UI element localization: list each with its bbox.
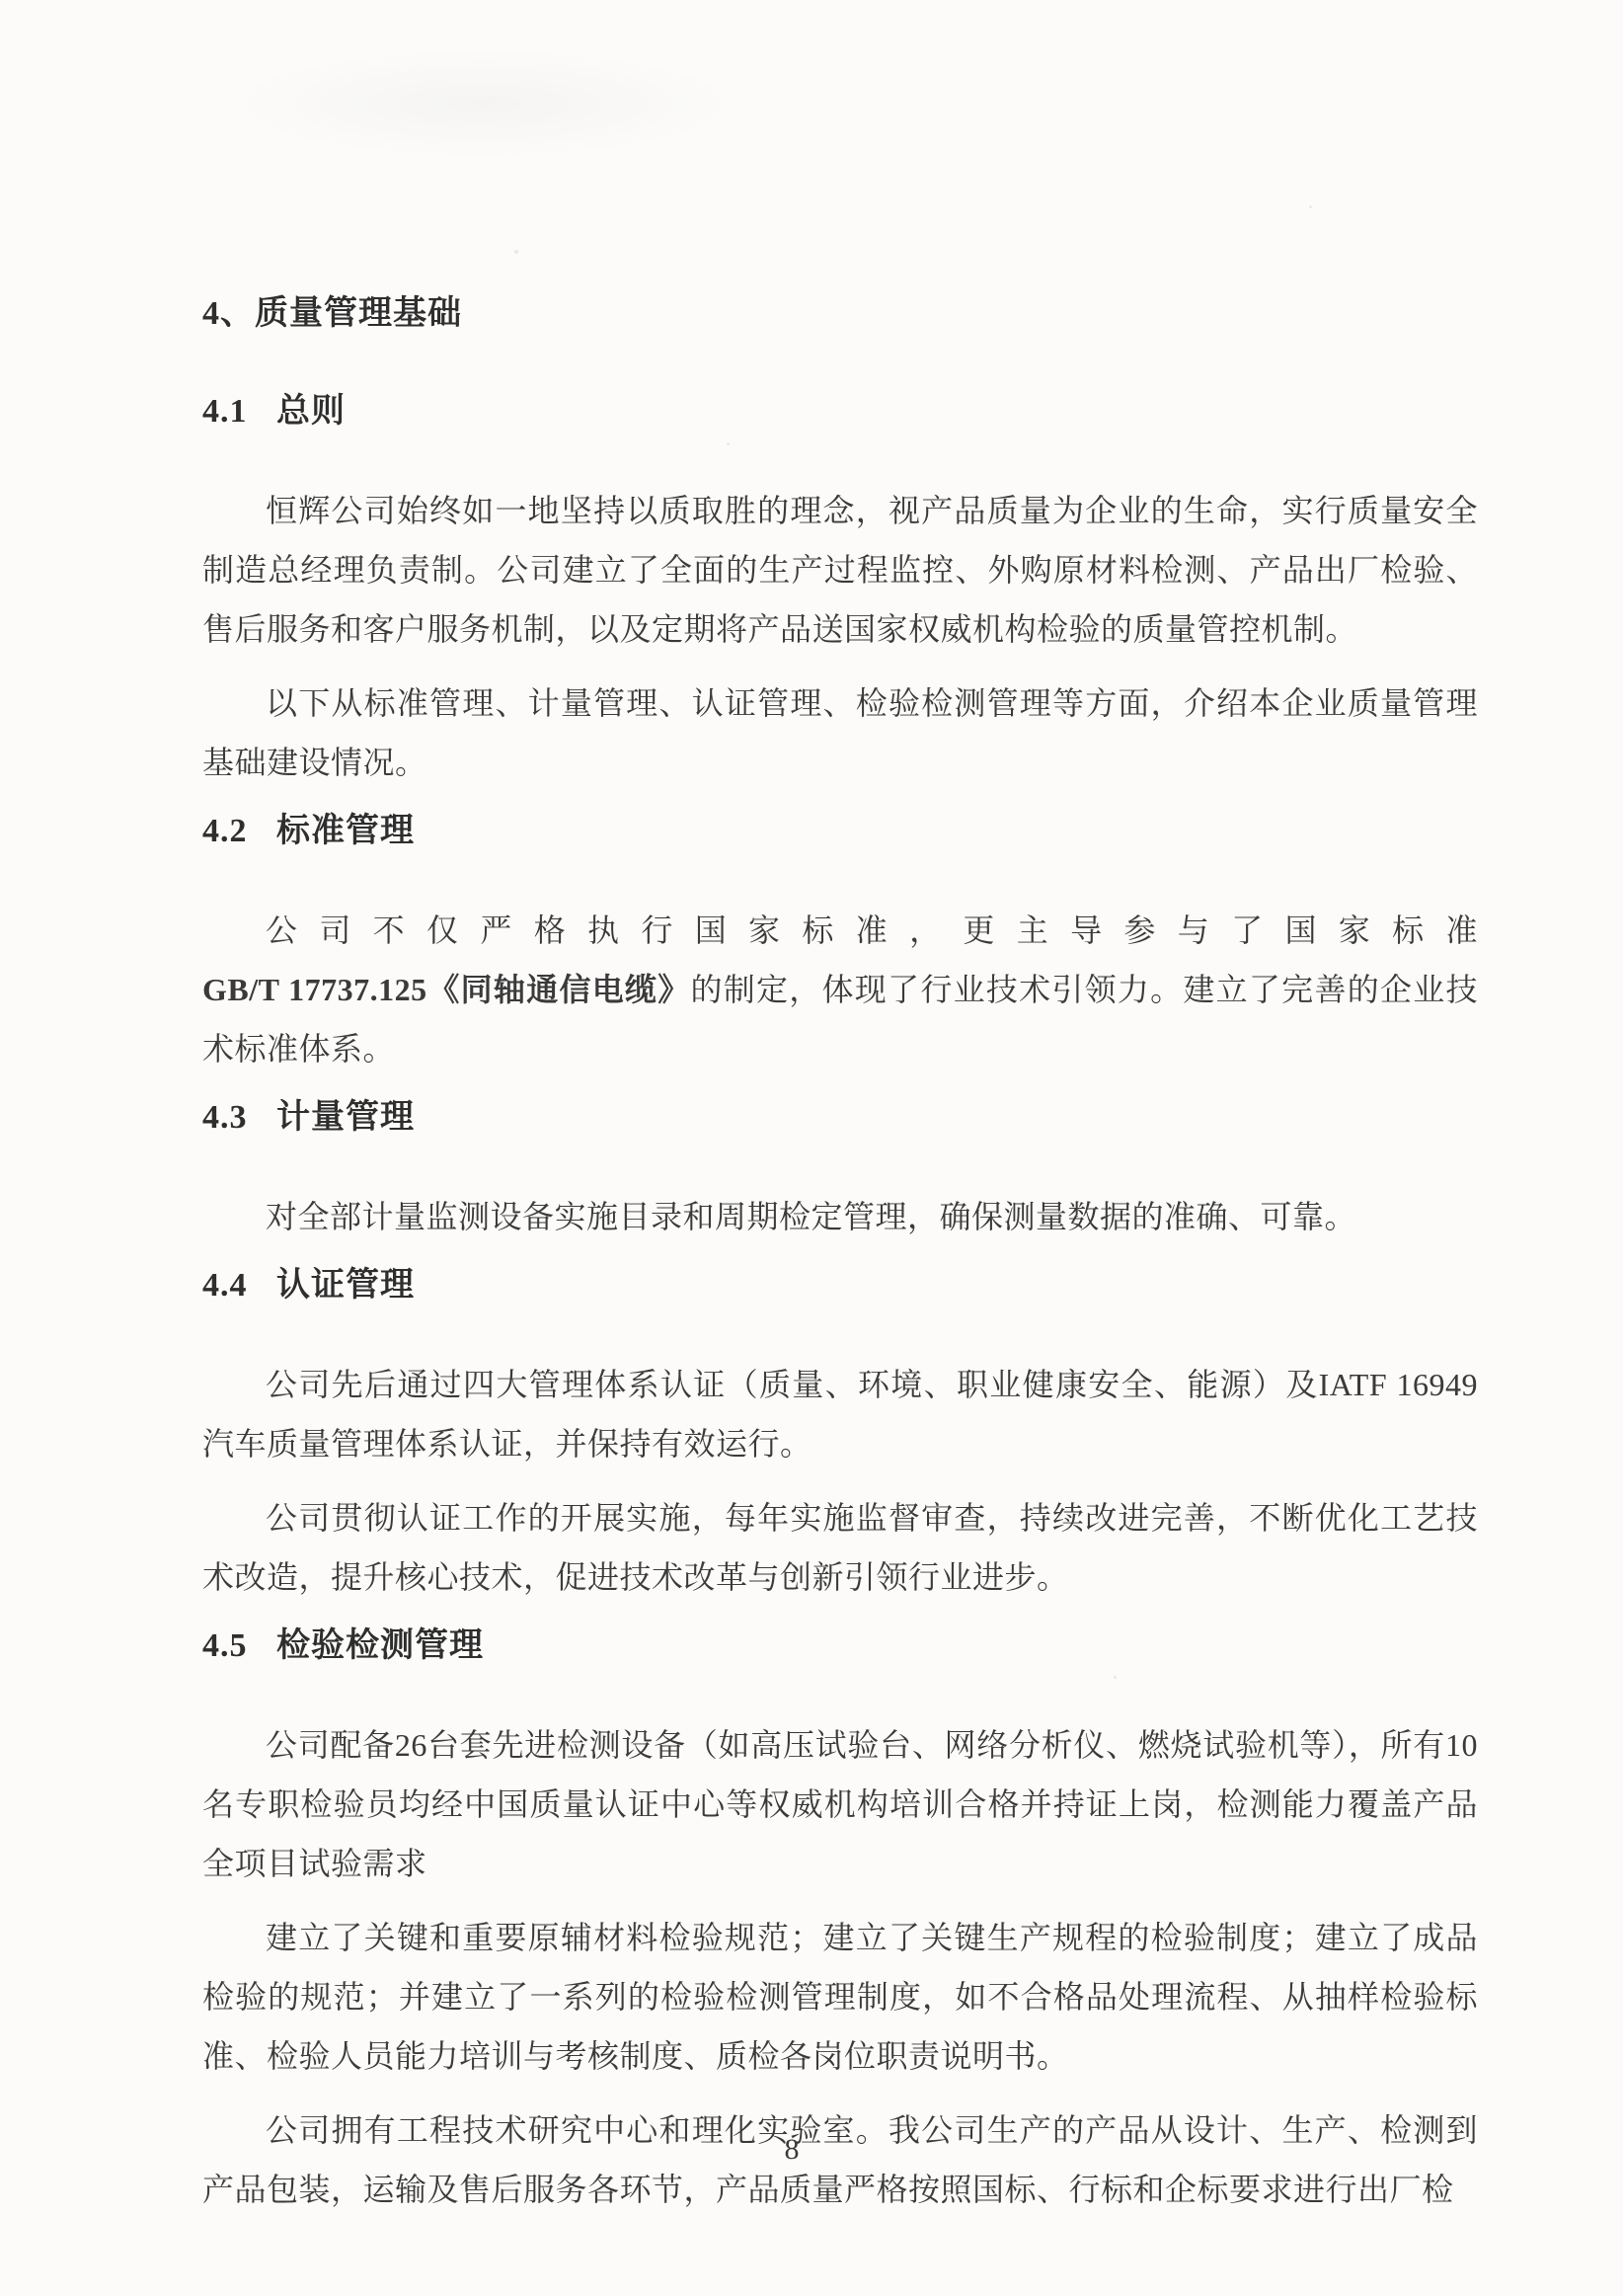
- paragraph: 对全部计量监测设备实施目录和周期检定管理，确保测量数据的准确、可靠。: [202, 1187, 1478, 1246]
- section-title: 总则: [276, 393, 346, 430]
- scan-speck: [1309, 205, 1312, 208]
- section-title: 检验检测管理: [276, 1627, 484, 1664]
- scan-speck: [514, 250, 518, 254]
- scan-smudge: [227, 49, 740, 158]
- section-title: 认证管理: [276, 1267, 415, 1304]
- paragraph: 恒辉公司始终如一地坚持以质取胜的理念，视产品质量为企业的生命，实行质量安全制造总…: [202, 481, 1478, 659]
- section-4-3: 4.3 计量管理 对全部计量监测设备实施目录和周期检定管理，确保测量数据的准确、…: [202, 1096, 1478, 1246]
- page-number: 8: [0, 2133, 1584, 2167]
- paragraph-text: 公司不仅严格执行国家标准，更主导参与了国家标准: [266, 912, 1478, 948]
- paragraph: 公司先后通过四大管理体系认证（质量、环境、职业健康安全、能源）及IATF 169…: [202, 1355, 1478, 1473]
- paragraph: 公司不仅严格执行国家标准，更主导参与了国家标准GB/T 17737.125《同轴…: [202, 901, 1478, 1078]
- section-heading-4-4: 4.4 认证管理: [202, 1264, 1478, 1307]
- section-heading-4-3: 4.3 计量管理: [202, 1096, 1478, 1140]
- section-number: 4.1: [202, 393, 248, 430]
- section-4-5: 4.5 检验检测管理 公司配备26台套先进检测设备（如高压试验台、网络分析仪、燃…: [202, 1624, 1478, 2219]
- paragraph: 以下从标准管理、计量管理、认证管理、检验检测管理等方面，介绍本企业质量管理基础建…: [202, 673, 1478, 792]
- document-content: 4、质量管理基础 4.1 总则 恒辉公司始终如一地坚持以质取胜的理念，视产品质量…: [202, 292, 1478, 2234]
- paragraph: 建立了关键和重要原辅材料检验规范；建立了关键生产规程的检验制度；建立了成品检验的…: [202, 1908, 1478, 2086]
- standard-code-text: GB/T 17737.125《同轴通信电缆》: [202, 972, 691, 1007]
- section-number: 4.5: [202, 1627, 248, 1664]
- paragraph: 公司贯彻认证工作的开展实施，每年实施监督审查，持续改进完善，不断优化工艺技术改造…: [202, 1488, 1478, 1607]
- section-heading-4-5: 4.5 检验检测管理: [202, 1624, 1478, 1668]
- paragraph: 公司配备26台套先进检测设备（如高压试验台、网络分析仪、燃烧试验机等），所有10…: [202, 1715, 1478, 1893]
- section-number: 4.2: [202, 813, 248, 849]
- section-title: 标准管理: [276, 813, 415, 849]
- section-number: 4.4: [202, 1267, 248, 1304]
- section-number: 4.3: [202, 1099, 248, 1136]
- section-4-4: 4.4 认证管理 公司先后通过四大管理体系认证（质量、环境、职业健康安全、能源）…: [202, 1264, 1478, 1607]
- chapter-heading: 4、质量管理基础: [202, 292, 1478, 336]
- section-4-2: 4.2 标准管理 公司不仅严格执行国家标准，更主导参与了国家标准GB/T 177…: [202, 810, 1478, 1078]
- section-4-1: 4.1 总则 恒辉公司始终如一地坚持以质取胜的理念，视产品质量为企业的生命，实行…: [202, 390, 1478, 792]
- document-page: 4、质量管理基础 4.1 总则 恒辉公司始终如一地坚持以质取胜的理念，视产品质量…: [0, 0, 1623, 2296]
- section-heading-4-2: 4.2 标准管理: [202, 810, 1478, 853]
- section-title: 计量管理: [276, 1099, 415, 1136]
- section-heading-4-1: 4.1 总则: [202, 390, 1478, 434]
